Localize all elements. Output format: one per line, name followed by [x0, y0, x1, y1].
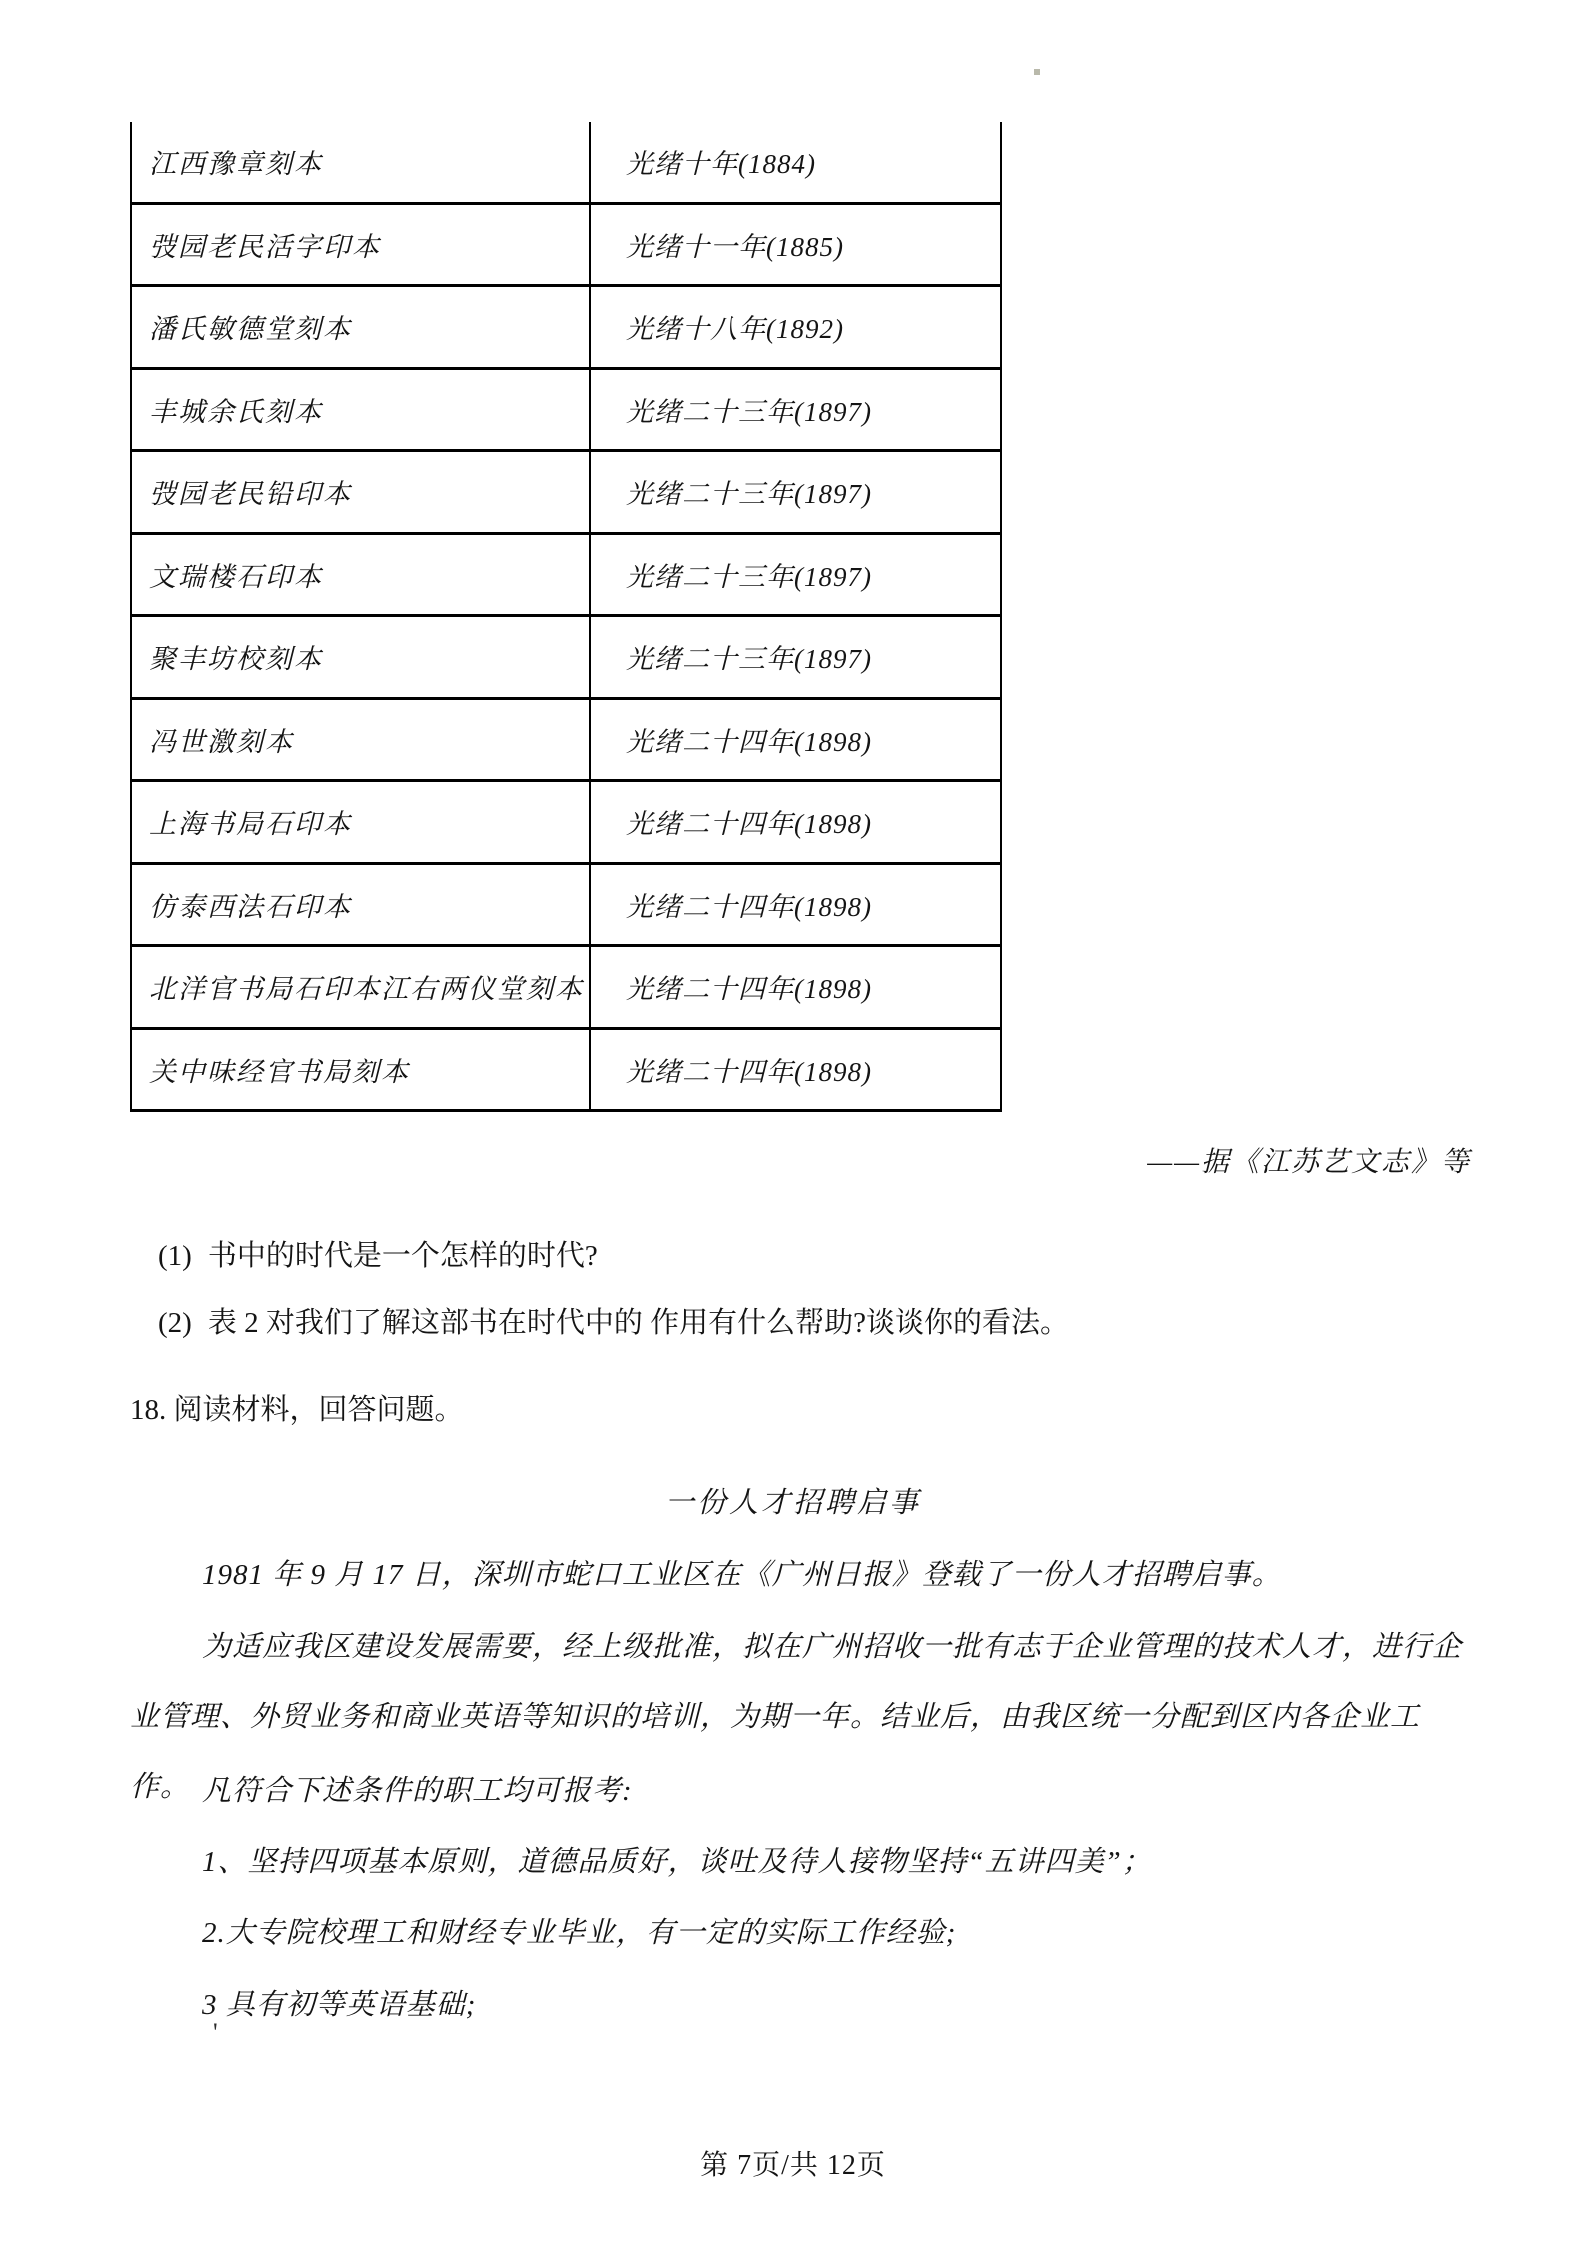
- year-cell: 光绪二十三年(1897): [589, 370, 1000, 450]
- notice-item-1: 1、坚持四项基本原则，道德品质好，谈吐及待人接物坚持“五讲四美”；: [130, 1827, 1464, 1897]
- year-cell: 光绪二十三年(1897): [589, 452, 1000, 532]
- notice-paragraph-conditions: 凡符合下述条件的职工均可报考:: [130, 1756, 1464, 1826]
- table-row: 聚丰坊校刻本 光绪二十三年(1897): [132, 617, 1000, 700]
- question-2-text: 表 2 对我们了解这部书在时代中的 作用有什么帮助?谈谈你的看法。: [208, 1307, 1069, 1339]
- edition-cell: 文瑞楼石印本: [132, 535, 589, 615]
- question-1: (1)书中的时代是一个怎样的时代?: [158, 1233, 598, 1274]
- edition-cell: 北洋官书局石印本江右两仪堂刻本: [132, 947, 589, 1027]
- year-cell: 光绪二十四年(1898): [589, 700, 1000, 780]
- year-cell: 光绪二十四年(1898): [589, 947, 1000, 1027]
- year-cell: 光绪十一年(1885): [589, 205, 1000, 285]
- table-row: 江西豫章刻本 光绪十年(1884): [132, 122, 1000, 205]
- edition-cell: 关中味经官书局刻本: [132, 1030, 589, 1110]
- table-row: 丰城余氏刻本 光绪二十三年(1897): [132, 370, 1000, 453]
- edition-cell: 冯世激刻本: [132, 700, 589, 780]
- edition-cell: 仿泰西法石印本: [132, 865, 589, 945]
- year-cell: 光绪二十四年(1898): [589, 1030, 1000, 1110]
- edition-cell: 丰城余氏刻本: [132, 370, 589, 450]
- document-page: 江西豫章刻本 光绪十年(1884) 弢园老民活字印本 光绪十一年(1885) 潘…: [0, 0, 1586, 2244]
- stray-mark: ': [213, 2018, 218, 2048]
- question-2: (2)表 2 对我们了解这部书在时代中的 作用有什么帮助?谈谈你的看法。: [158, 1300, 1069, 1341]
- edition-cell: 上海书局石印本: [132, 782, 589, 862]
- year-cell: 光绪二十三年(1897): [589, 617, 1000, 697]
- question-18-lead: 18. 阅读材料，回答问题。: [130, 1387, 464, 1428]
- editions-table: 江西豫章刻本 光绪十年(1884) 弢园老民活字印本 光绪十一年(1885) 潘…: [130, 122, 1002, 1112]
- table-row: 北洋官书局石印本江右两仪堂刻本 光绪二十四年(1898): [132, 947, 1000, 1030]
- source-citation: ——据《江苏艺文志》等: [1147, 1140, 1471, 1180]
- question-2-label: (2): [158, 1307, 192, 1339]
- year-cell: 光绪十年(1884): [589, 122, 1000, 202]
- edition-cell: 弢园老民铅印本: [132, 452, 589, 532]
- notice-title: 一份人才招聘启事: [128, 1480, 1458, 1521]
- notice-item-2: 2.大专院校理工和财经专业毕业，有一定的实际工作经验;: [130, 1898, 1464, 1968]
- table-row: 弢园老民活字印本 光绪十一年(1885): [132, 205, 1000, 288]
- table-row: 弢园老民铅印本 光绪二十三年(1897): [132, 452, 1000, 535]
- question-1-text: 书中的时代是一个怎样的时代?: [208, 1240, 598, 1272]
- notice-paragraph-date: 1981 年 9 月 17 日，深圳市蛇口工业区在《广州日报》登载了一份人才招聘…: [130, 1540, 1464, 1610]
- question-1-label: (1): [158, 1240, 192, 1272]
- table-row: 关中味经官书局刻本 光绪二十四年(1898): [132, 1030, 1000, 1113]
- table-row: 文瑞楼石印本 光绪二十三年(1897): [132, 535, 1000, 618]
- year-cell: 光绪十八年(1892): [589, 287, 1000, 367]
- edition-cell: 潘氏敏德堂刻本: [132, 287, 589, 367]
- table-row: 潘氏敏德堂刻本 光绪十八年(1892): [132, 287, 1000, 370]
- table-row: 上海书局石印本 光绪二十四年(1898): [132, 782, 1000, 865]
- scan-artifact-dot: [1034, 69, 1040, 75]
- year-cell: 光绪二十三年(1897): [589, 535, 1000, 615]
- page-footer: 第 7页/共 12页: [0, 2143, 1586, 2183]
- table-row: 仿泰西法石印本 光绪二十四年(1898): [132, 865, 1000, 948]
- edition-cell: 江西豫章刻本: [132, 122, 589, 202]
- table-row: 冯世激刻本 光绪二十四年(1898): [132, 700, 1000, 783]
- year-cell: 光绪二十四年(1898): [589, 865, 1000, 945]
- edition-cell: 聚丰坊校刻本: [132, 617, 589, 697]
- edition-cell: 弢园老民活字印本: [132, 205, 589, 285]
- year-cell: 光绪二十四年(1898): [589, 782, 1000, 862]
- notice-item-3: 3 具有初等英语基础;: [130, 1970, 1464, 2040]
